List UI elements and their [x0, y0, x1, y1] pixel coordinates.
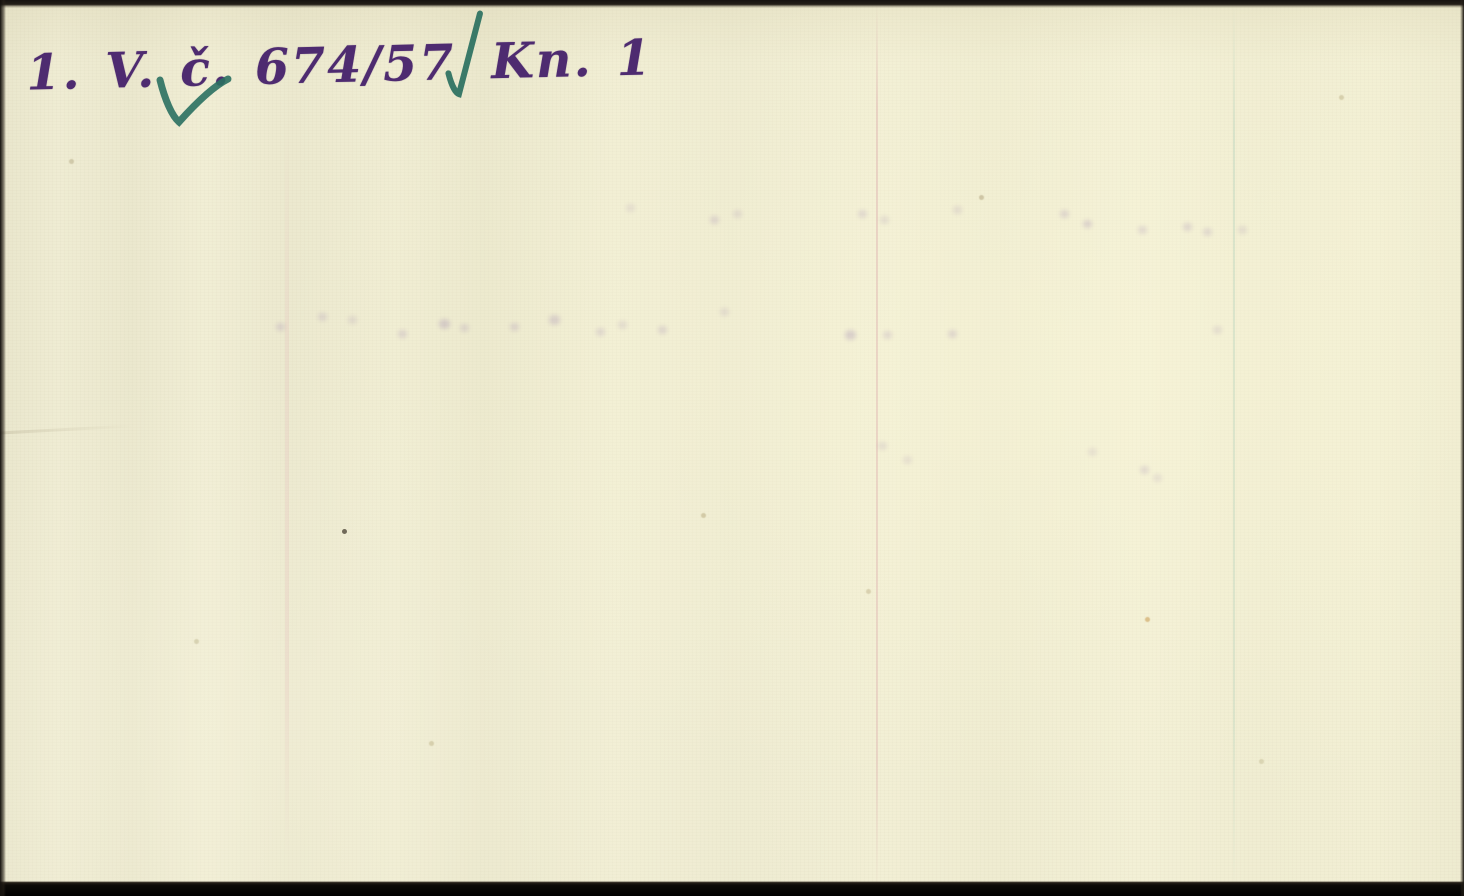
scanned-document: 1. V. č. 674/57 Kn. 1 [0, 0, 1464, 896]
check-slash-icon [442, 8, 486, 99]
ruled-line-vertical-green [1233, 0, 1235, 896]
paper-crease [0, 425, 132, 435]
reference-text-after-slash: Kn. 1 [491, 28, 654, 90]
scan-edge-left [0, 0, 6, 896]
handwritten-reference-number: 1. V. č. 674/57 Kn. 1 [25, 4, 654, 109]
paper-streak-pink [285, 120, 289, 856]
scan-edge-top [0, 0, 1464, 8]
scan-edge-bottom [0, 881, 1464, 896]
check-icon [152, 74, 236, 132]
ruled-line-vertical-pink [876, 0, 878, 896]
index-card-paper: 1. V. č. 674/57 Kn. 1 [0, 0, 1464, 896]
scan-edge-right [1460, 0, 1464, 896]
reference-text-before-slash: 1. V. č. 674/57 [26, 33, 456, 101]
